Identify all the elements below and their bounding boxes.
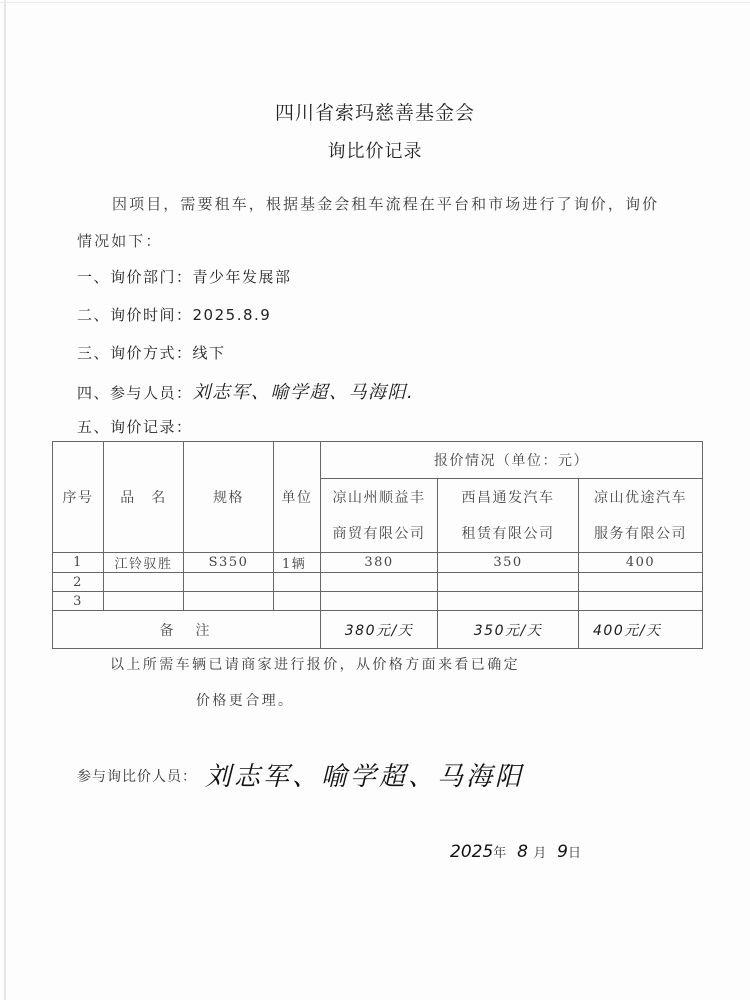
signature-label: 参与询比价人员：: [77, 766, 197, 786]
cell-quote-2: [438, 573, 579, 592]
quote-table: 序号 品 名 规格 单位 报价情况（单位：元） 凉山州顺益丰 商贸有限公司 西昌…: [52, 441, 703, 649]
item-department-value: 青少年发展部: [193, 268, 292, 286]
item-participants: 四、参与人员：刘志军、喻学超、马海阳.: [77, 378, 414, 404]
header-vendor-3: 凉山优途汽车 服务有限公司: [579, 479, 703, 553]
header-unit: 单位: [274, 442, 321, 553]
conclusion-line-2: 价格更合理。: [196, 690, 294, 710]
remarks-row: 备 注 380元/天 350元/天 400元/天: [53, 611, 703, 649]
cell-quote-1: [321, 573, 438, 592]
item-method-label: 三、询价方式：: [77, 344, 193, 362]
header-quote-group: 报价情况（单位：元）: [321, 442, 703, 479]
vendor-1-line-2: 商贸有限公司: [321, 516, 437, 552]
cell-spec: [184, 592, 274, 611]
remarks-label: 备 注: [53, 611, 321, 649]
vendor-1-line-1: 凉山州顺益丰: [321, 480, 437, 516]
date-year-unit: 年: [493, 846, 506, 861]
cell-quote-2: 350: [438, 553, 579, 573]
cell-spec: [184, 573, 274, 592]
cell-seq: 1: [53, 553, 104, 573]
item-department-label: 一、询价部门：: [77, 268, 193, 286]
cell-quote-3: 400: [579, 553, 703, 573]
date-year: 2025: [450, 842, 493, 862]
item-time: 二、询价时间：2025.8.9: [77, 304, 271, 325]
date-month-unit: 月: [533, 846, 546, 861]
cell-name: [104, 573, 184, 592]
scan-edge-top: [0, 2, 750, 3]
signed-date: 2025年 8 月 9日: [450, 842, 581, 862]
cell-name: 江铃驭胜: [104, 553, 184, 573]
organization-title: 四川省索玛慈善基金会: [0, 98, 750, 125]
vendor-2-line-1: 西昌通发汽车: [438, 480, 578, 516]
cell-quote-1: 380: [321, 553, 438, 573]
intro-line-2: 情况如下：: [77, 230, 163, 251]
header-vendor-1: 凉山州顺益丰 商贸有限公司: [321, 479, 438, 553]
header-spec: 规格: [184, 442, 274, 553]
cell-unit: [274, 592, 321, 611]
cell-seq: 2: [53, 573, 104, 592]
cell-unit: 1辆: [274, 553, 321, 573]
document-title: 询比价记录: [0, 137, 750, 163]
conclusion-line-1: 以上所需车辆已请商家进行报价，从价格方面来看已确定: [110, 654, 520, 674]
table-row: 2: [53, 573, 703, 592]
item-participants-handwritten: 刘志军、喻学超、马海阳.: [193, 382, 415, 403]
item-participants-label: 四、参与人员：: [77, 384, 193, 402]
item-method: 三、询价方式：线下: [77, 342, 226, 363]
remark-vendor-3: 400元/天: [579, 611, 703, 649]
cell-unit: [274, 573, 321, 592]
date-month: 8: [517, 842, 528, 862]
item-time-value: 2025.8.9: [193, 306, 272, 324]
date-day: 9: [557, 842, 568, 862]
header-seq: 序号: [53, 442, 104, 553]
cell-quote-3: [579, 592, 703, 611]
item-record-label: 五、询价记录：: [77, 418, 193, 436]
vendor-2-line-2: 租赁有限公司: [438, 516, 578, 552]
vendor-3-line-1: 凉山优途汽车: [579, 480, 702, 516]
table-row: 3: [53, 592, 703, 611]
cell-spec: S350: [184, 553, 274, 573]
date-day-unit: 日: [568, 846, 581, 861]
item-method-value: 线下: [193, 344, 226, 362]
cell-seq: 3: [53, 592, 104, 611]
header-vendor-2: 西昌通发汽车 租赁有限公司: [438, 479, 579, 553]
header-name: 品 名: [104, 442, 184, 553]
cell-quote-3: [579, 573, 703, 592]
cell-name: [104, 592, 184, 611]
item-time-label: 二、询价时间：: [77, 306, 193, 324]
item-department: 一、询价部门：青少年发展部: [77, 266, 292, 287]
intro-line-1: 因项目，需要租车，根据基金会租车流程在平台和市场进行了询价，询价: [112, 193, 659, 214]
cell-quote-2: [438, 592, 579, 611]
vendor-3-line-2: 服务有限公司: [579, 516, 702, 552]
signature-handwritten: 刘志军、喻学超、马海阳: [205, 756, 524, 793]
remark-vendor-2: 350元/天: [438, 611, 579, 649]
item-record: 五、询价记录：: [77, 416, 193, 437]
table-row: 1 江铃驭胜 S350 1辆 380 350 400: [53, 553, 703, 573]
cell-quote-1: [321, 592, 438, 611]
remark-vendor-1: 380元/天: [321, 611, 438, 649]
